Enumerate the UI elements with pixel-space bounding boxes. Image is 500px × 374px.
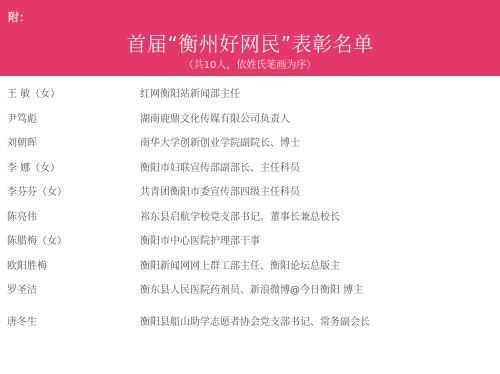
- honoree-name: 陈亮伟: [7, 208, 37, 223]
- list-item: 陈亮伟 祁东县启航学校党支部书记、董事长兼总校长: [0, 203, 500, 228]
- honoree-name: 唐冬生: [7, 313, 37, 328]
- honoree-name: 陈腊梅（女）: [7, 232, 67, 247]
- honoree-name: 欧阳胜梅: [7, 257, 47, 272]
- honoree-list: 王 敏（女） 红网衡阳站新闻部主任 尹笃彪 湖南鹿鼎文化传媒有限公司负责人 刘朝…: [0, 80, 500, 332]
- honoree-name: 罗圣洁: [7, 281, 37, 296]
- honoree-name: 尹笃彪: [7, 110, 37, 125]
- list-item: 唐冬生 衡阳县船山助学志愿者协会党支部书记、常务副会长: [0, 308, 500, 333]
- page-title: 首届“衡州好网民”表彰名单: [0, 28, 500, 57]
- honoree-name: 王 敏（女）: [7, 85, 60, 100]
- honoree-title: 衡阳市中心医院护理部干事: [140, 232, 260, 247]
- list-item: 尹笃彪 湖南鹿鼎文化传媒有限公司负责人: [0, 105, 500, 130]
- honoree-title: 衡阳市妇联宣传部副部长、主任科员: [140, 159, 300, 174]
- honoree-title: 红网衡阳站新闻部主任: [140, 85, 240, 100]
- list-item: 罗圣洁 衡东县人民医院药剂员、新浪微博@今日衡阳 博主: [0, 276, 500, 301]
- honoree-title: 湖南鹿鼎文化传媒有限公司负责人: [140, 110, 290, 125]
- page-subtitle: （共10人，依姓氏笔画为序）: [0, 56, 500, 71]
- list-item: 刘朝晖 南华大学创新创业学院副院长、博士: [0, 129, 500, 154]
- list-item: 李芬芬（女） 共青团衡阳市委宣传部四级主任科员: [0, 178, 500, 203]
- header-banner: 附： 首届“衡州好网民”表彰名单 （共10人，依姓氏笔画为序）: [0, 0, 500, 76]
- list-item: 王 敏（女） 红网衡阳站新闻部主任: [0, 80, 500, 105]
- honoree-title: 衡阳新闻网网上群工部主任、衡阳论坛总版主: [140, 257, 340, 272]
- honoree-name: 李 娜（女）: [7, 159, 60, 174]
- honoree-title: 南华大学创新创业学院副院长、博士: [140, 134, 300, 149]
- list-item: 陈腊梅（女） 衡阳市中心医院护理部干事: [0, 227, 500, 252]
- honoree-title: 共青团衡阳市委宣传部四级主任科员: [140, 183, 300, 198]
- honoree-title: 祁东县启航学校党支部书记、董事长兼总校长: [140, 208, 340, 223]
- list-item: 李 娜（女） 衡阳市妇联宣传部副部长、主任科员: [0, 154, 500, 179]
- honoree-title: 衡阳县船山助学志愿者协会党支部书记、常务副会长: [140, 313, 370, 328]
- honoree-name: 李芬芬（女）: [7, 183, 67, 198]
- appendix-label: 附：: [8, 9, 30, 25]
- list-item: 欧阳胜梅 衡阳新闻网网上群工部主任、衡阳论坛总版主: [0, 252, 500, 277]
- honoree-title: 衡东县人民医院药剂员、新浪微博@今日衡阳 博主: [140, 281, 363, 296]
- honoree-name: 刘朝晖: [7, 134, 37, 149]
